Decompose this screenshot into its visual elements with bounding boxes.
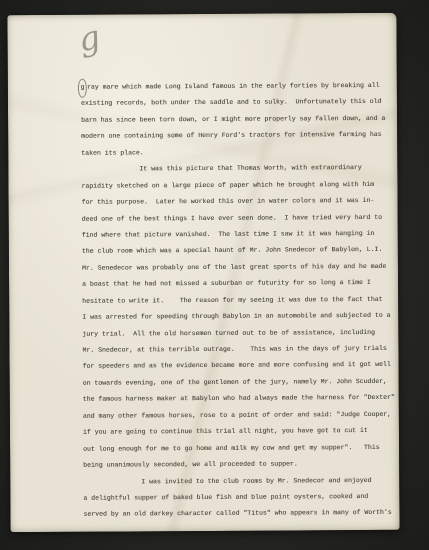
typed-line: and many other famous horses, rose to a … bbox=[83, 407, 405, 425]
typed-line: deed one of the best things I have ever … bbox=[82, 209, 404, 227]
typed-line: served by an old darkey character called… bbox=[83, 505, 405, 523]
typed-line: the famous harness maker at Babylon who … bbox=[83, 390, 405, 408]
typed-line: taken its place. bbox=[81, 144, 403, 162]
typed-line: the club room which was a special haunt … bbox=[82, 242, 404, 260]
pencil-margin-mark: g bbox=[75, 20, 103, 57]
typed-line: out long enough for me to go home and mi… bbox=[83, 439, 405, 457]
manuscript-page: g gray mare which made Long Island famou… bbox=[7, 13, 399, 532]
photo-backdrop: g gray mare which made Long Island famou… bbox=[0, 0, 429, 550]
typed-line: Mr. Senedecor was probably one of the la… bbox=[82, 259, 404, 277]
typed-line: It was this picture that Thomas Worth, w… bbox=[81, 160, 403, 178]
typed-line: modern one containing some of Henry Ford… bbox=[81, 127, 403, 145]
typed-line: on towards evening, one of the gentlemen… bbox=[83, 374, 405, 392]
typed-line: I was invited to the club rooms by Mr. S… bbox=[83, 472, 405, 490]
typed-line: a boast that he had not missed a suburba… bbox=[82, 275, 404, 293]
typed-line: for speeders and as the evidence became … bbox=[83, 357, 405, 375]
typed-line: gray mare which made Long Island famous … bbox=[81, 78, 403, 96]
typed-line: if you are going to continue this trial … bbox=[83, 423, 405, 441]
typed-line: jury trial. All the old horsemen turned … bbox=[82, 324, 404, 342]
typed-line: for this purpose. Later he worked this o… bbox=[82, 193, 404, 211]
typed-line: existing records, both under the saddle … bbox=[81, 94, 403, 112]
typed-line: rapidity sketched on a large piece of pa… bbox=[81, 176, 403, 194]
typed-line: being unanimously seconded, we all proce… bbox=[83, 456, 405, 474]
typed-text: gray mare which made Long Island famous … bbox=[81, 78, 406, 524]
typed-line: Mr. Snedecor, at this terrible outrage. … bbox=[82, 341, 404, 359]
typed-line: barn has since been torn down, or I migh… bbox=[81, 111, 403, 129]
typed-line: a delightful supper of baked blue fish a… bbox=[83, 489, 405, 507]
typed-line: find where that picture vanished. The la… bbox=[82, 226, 404, 244]
typed-line: hesitate to write it. The reason for my … bbox=[82, 291, 404, 309]
typed-line: I was arrested for speeding through Baby… bbox=[82, 308, 404, 326]
